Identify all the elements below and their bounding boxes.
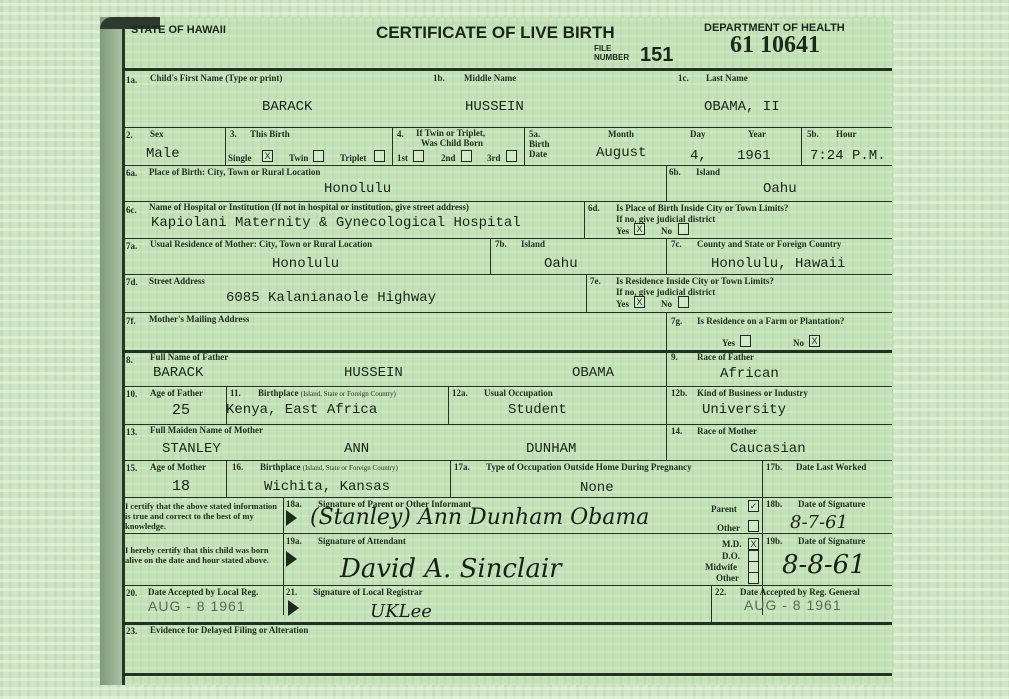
divider xyxy=(122,312,892,313)
arrow-icon xyxy=(288,600,299,616)
attendant-date-label: Date of Signature xyxy=(798,536,865,546)
local-date-stamp: AUG - 8 1961 xyxy=(148,598,246,614)
field-num: 7f. xyxy=(126,316,136,326)
birth-city: Honolulu xyxy=(324,181,391,197)
field-num: 7g. xyxy=(671,316,682,326)
field-num: 1b. xyxy=(433,73,445,83)
twin-order-label-1: If Twin or Triplet, xyxy=(416,128,485,138)
divider xyxy=(122,460,892,461)
attendant-certification: I hereby certify that this child was bor… xyxy=(125,545,280,565)
father-first-name: BARACK xyxy=(153,365,203,381)
divider xyxy=(122,585,892,586)
divider xyxy=(122,533,892,534)
file-number: 151 xyxy=(640,44,673,67)
this-birth-label: This Birth xyxy=(250,129,290,139)
field-num: 22. xyxy=(715,587,726,597)
child-last-name: OBAMA, II xyxy=(704,99,780,115)
field-num: 4. xyxy=(397,129,404,139)
divider xyxy=(450,460,451,498)
field-num: 11. xyxy=(230,388,241,398)
evidence-label: Evidence for Delayed Filing or Alteratio… xyxy=(150,625,308,635)
birth-date-label-2: Date xyxy=(529,149,547,159)
field-num: 18b. xyxy=(766,499,782,509)
field-num: 19a. xyxy=(286,536,302,546)
field-num: 20. xyxy=(126,588,137,598)
father-business-label: Kind of Business or Industry xyxy=(697,388,808,398)
child-sex: Male xyxy=(146,146,180,162)
birth-year: 1961 xyxy=(737,148,771,164)
last-worked-label: Date Last Worked xyxy=(796,462,866,472)
inside-limits-label-2: If no, give judicial district xyxy=(616,214,715,224)
mother-name-label: Full Maiden Name of Mother xyxy=(150,425,263,435)
mother-occupation: None xyxy=(580,480,614,496)
divider xyxy=(122,673,892,676)
father-birthplace-label: Birthplace (Island, State or Foreign Cou… xyxy=(258,388,396,398)
mother-birthplace: Wichita, Kansas xyxy=(264,479,390,495)
father-race: African xyxy=(720,366,779,382)
md-label: M.D. xyxy=(722,539,742,549)
day-label: Day xyxy=(690,129,706,139)
field-num: 7a. xyxy=(126,241,137,251)
farm-no-checkbox[interactable]: X xyxy=(809,335,820,347)
residence-limits-yes-checkbox[interactable]: X xyxy=(634,296,645,308)
registrar-signature: UKLee xyxy=(370,601,432,622)
divider xyxy=(666,350,667,386)
mother-race: Caucasian xyxy=(730,441,806,457)
divider xyxy=(586,274,587,312)
field-num: 2. xyxy=(126,130,133,140)
inside-limits-no-checkbox[interactable] xyxy=(678,223,689,235)
farm-yes-checkbox[interactable] xyxy=(740,335,751,347)
father-middle-name: HUSSEIN xyxy=(344,365,403,381)
birth-island-label: Island xyxy=(696,167,720,177)
certificate-title: CERTIFICATE OF LIVE BIRTH xyxy=(376,23,615,43)
divider xyxy=(392,127,393,165)
year-label: Year xyxy=(748,129,766,139)
birth-date-label-1: Birth xyxy=(529,139,550,149)
divider xyxy=(283,497,284,615)
yes-label: Yes xyxy=(616,299,629,309)
field-num: 1c. xyxy=(678,73,689,83)
child-middle-name: HUSSEIN xyxy=(465,99,524,115)
divider xyxy=(122,386,892,387)
field-num: 13. xyxy=(126,427,137,437)
inside-limits-label-1: Is Place of Birth Inside City or Town Li… xyxy=(616,203,788,213)
field-num: 6c. xyxy=(126,205,137,215)
yes-label: Yes xyxy=(616,226,629,236)
attendant-date: 8-8-61 xyxy=(782,550,866,580)
father-age: 25 xyxy=(172,402,190,419)
arrow-icon xyxy=(286,551,297,567)
field-num: 5a. xyxy=(529,129,540,139)
residence-limits-label-2: If no, give judicial district xyxy=(616,287,715,297)
field-num: 6b. xyxy=(669,167,681,177)
divider xyxy=(448,386,449,424)
mother-age: 18 xyxy=(172,478,190,495)
street-address: 6085 Kalanianaole Highway xyxy=(226,290,436,306)
mother-first-name: STANLEY xyxy=(162,441,221,457)
divider xyxy=(666,238,667,274)
residence-limits-label-1: Is Residence Inside City or Town Limits? xyxy=(616,276,774,286)
field-num: 23. xyxy=(126,626,137,636)
residence-limits-no-checkbox[interactable] xyxy=(678,296,689,308)
mother-birthplace-label: Birthplace (Island, State or Foreign Cou… xyxy=(260,462,398,472)
informant-certification: I certify that the above stated informat… xyxy=(125,501,280,531)
divider xyxy=(666,424,667,460)
twin-label: Twin xyxy=(289,153,308,163)
attendant-signature-label: Signature of Attendant xyxy=(318,536,406,546)
third-label: 3rd xyxy=(487,153,501,163)
twin-order-label-2: Was Child Born xyxy=(421,138,483,148)
field-num: 7e. xyxy=(590,276,601,286)
mother-age-label: Age of Mother xyxy=(150,462,206,472)
twin-checkbox[interactable] xyxy=(313,150,324,162)
father-occupation-label: Usual Occupation xyxy=(484,388,553,398)
no-label: No xyxy=(661,299,672,309)
inside-limits-yes-checkbox[interactable]: X xyxy=(634,223,645,235)
informant-date: 8-7-61 xyxy=(790,512,848,533)
residence-city: Honolulu xyxy=(272,256,339,272)
informant-signature: (Stanley) Ann Dunham Obama xyxy=(310,505,649,530)
field-num: 10. xyxy=(126,389,137,399)
md-checkbox[interactable]: X xyxy=(748,538,759,550)
father-birthplace: Kenya, East Africa xyxy=(226,402,377,418)
divider xyxy=(490,238,491,274)
other-informant-label: Other xyxy=(717,523,740,533)
mailing-label: Mother's Mailing Address xyxy=(149,314,249,324)
residence-county: Honolulu, Hawaii xyxy=(711,256,845,272)
field-num: 16. xyxy=(232,462,243,472)
mother-race-label: Race of Mother xyxy=(697,426,757,436)
field-num: 1a. xyxy=(126,75,137,85)
single-label: Single xyxy=(228,153,252,163)
farm-label: Is Residence on a Farm or Plantation? xyxy=(697,316,844,326)
hour-label: Hour xyxy=(836,129,857,139)
birth-city-label: Place of Birth: City, Town or Rural Loca… xyxy=(149,167,320,177)
hospital-name: Kapiolani Maternity & Gynecological Hosp… xyxy=(151,215,521,231)
divider xyxy=(122,68,892,71)
divider xyxy=(225,127,226,165)
field-num: 14. xyxy=(671,426,682,436)
divider xyxy=(226,460,227,498)
midwife-label: Midwife xyxy=(705,562,737,572)
first-label: 1st xyxy=(397,153,408,163)
father-business: University xyxy=(702,402,786,418)
field-num: 5b. xyxy=(807,129,819,139)
birthplace-label-text: Birthplace xyxy=(260,462,301,472)
divider xyxy=(666,165,667,202)
child-first-name: BARACK xyxy=(262,99,312,115)
department-number: 61 10641 xyxy=(730,32,820,59)
birthplace-label-sub: (Island, State or Foreign Country) xyxy=(303,464,398,472)
single-checkbox[interactable]: X xyxy=(262,150,273,162)
file-label-2: NUMBER xyxy=(594,54,629,62)
street-label: Street Address xyxy=(149,276,205,286)
mother-occupation-label: Type of Occupation Outside Home During P… xyxy=(486,462,692,472)
month-label: Month xyxy=(608,129,634,139)
birth-island: Oahu xyxy=(763,181,797,197)
general-date-label: Date Accepted by Reg. General xyxy=(740,587,860,597)
do-label: D.O. xyxy=(722,551,740,561)
other-attendant-label: Other xyxy=(716,573,739,583)
no-label: No xyxy=(661,226,672,236)
birth-month: August xyxy=(596,145,646,161)
birthplace-label-sub: (Island, State or Foreign Country) xyxy=(301,390,396,398)
first-name-label: Child's First Name (Type or print) xyxy=(150,73,282,83)
field-num: 18a. xyxy=(286,499,302,509)
general-date-stamp: AUG - 8 1961 xyxy=(744,597,842,613)
field-num: 3. xyxy=(230,129,237,139)
divider xyxy=(122,127,892,128)
third-checkbox[interactable] xyxy=(506,150,517,162)
parent-checkbox[interactable]: ✓ xyxy=(748,500,759,512)
field-num: 7b. xyxy=(495,239,507,249)
arrow-icon xyxy=(286,510,297,526)
field-num: 7c. xyxy=(671,239,682,249)
triplet-label: Triplet xyxy=(340,153,366,163)
divider xyxy=(524,127,525,165)
field-num: 12b. xyxy=(671,388,687,398)
field-num: 15. xyxy=(126,463,137,473)
middle-name-label: Middle Name xyxy=(464,73,516,83)
hospital-label: Name of Hospital or Institution (If not … xyxy=(149,202,469,212)
other-attendant-checkbox[interactable] xyxy=(748,572,759,584)
mother-middle-name: ANN xyxy=(344,441,369,457)
divider xyxy=(584,201,585,239)
field-num: 7d. xyxy=(126,277,138,287)
field-num: 6d. xyxy=(588,203,600,213)
divider xyxy=(122,350,892,353)
farm-yes-label: Yes xyxy=(722,338,735,348)
divider xyxy=(711,585,712,623)
residence-island: Oahu xyxy=(544,256,578,272)
residence-island-label: Island xyxy=(521,239,545,249)
mother-last-name: DUNHAM xyxy=(526,441,576,457)
father-last-name: OBAMA xyxy=(572,365,614,381)
divider xyxy=(666,312,667,350)
second-checkbox[interactable] xyxy=(461,150,472,162)
field-num: 17b. xyxy=(766,462,782,472)
father-name-label: Full Name of Father xyxy=(150,352,228,362)
birthplace-label-text: Birthplace xyxy=(258,388,299,398)
divider xyxy=(122,274,892,275)
farm-no-label: No xyxy=(793,338,804,348)
divider xyxy=(666,386,667,424)
father-occupation: Student xyxy=(508,402,567,418)
state-label: STATE OF HAWAII xyxy=(131,24,226,36)
father-race-label: Race of Father xyxy=(697,352,754,362)
second-label: 2nd xyxy=(441,153,456,163)
informant-date-label: Date of Signature xyxy=(798,499,865,509)
field-num: 8. xyxy=(126,355,133,365)
residence-county-label: County and State or Foreign Country xyxy=(697,239,841,249)
sex-label: Sex xyxy=(150,129,164,139)
divider xyxy=(801,127,802,165)
field-num: 12a. xyxy=(452,388,468,398)
field-num: 17a. xyxy=(454,462,470,472)
registrar-label: Signature of Local Registrar xyxy=(313,587,423,597)
field-num: 19b. xyxy=(766,536,782,546)
parent-label: Parent xyxy=(711,504,737,514)
field-num: 21. xyxy=(286,587,297,597)
file-label-1: FILE xyxy=(594,45,611,53)
residence-city-label: Usual Residence of Mother: City, Town or… xyxy=(150,239,372,249)
divider xyxy=(122,165,892,166)
birth-day: 4, xyxy=(690,148,707,164)
triplet-checkbox[interactable] xyxy=(374,150,385,162)
last-name-label: Last Name xyxy=(706,73,748,83)
divider xyxy=(122,497,892,498)
birth-hour: 7:24 P.M. xyxy=(810,148,886,164)
divider xyxy=(762,460,763,498)
field-num: 6a. xyxy=(126,168,137,178)
attendant-signature: David A. Sinclair xyxy=(340,554,562,584)
other-informant-checkbox[interactable] xyxy=(748,520,759,532)
field-num: 9. xyxy=(671,352,678,362)
first-checkbox[interactable] xyxy=(413,150,424,162)
local-date-label: Date Accepted by Local Reg. xyxy=(148,587,258,597)
father-age-label: Age of Father xyxy=(150,388,203,398)
